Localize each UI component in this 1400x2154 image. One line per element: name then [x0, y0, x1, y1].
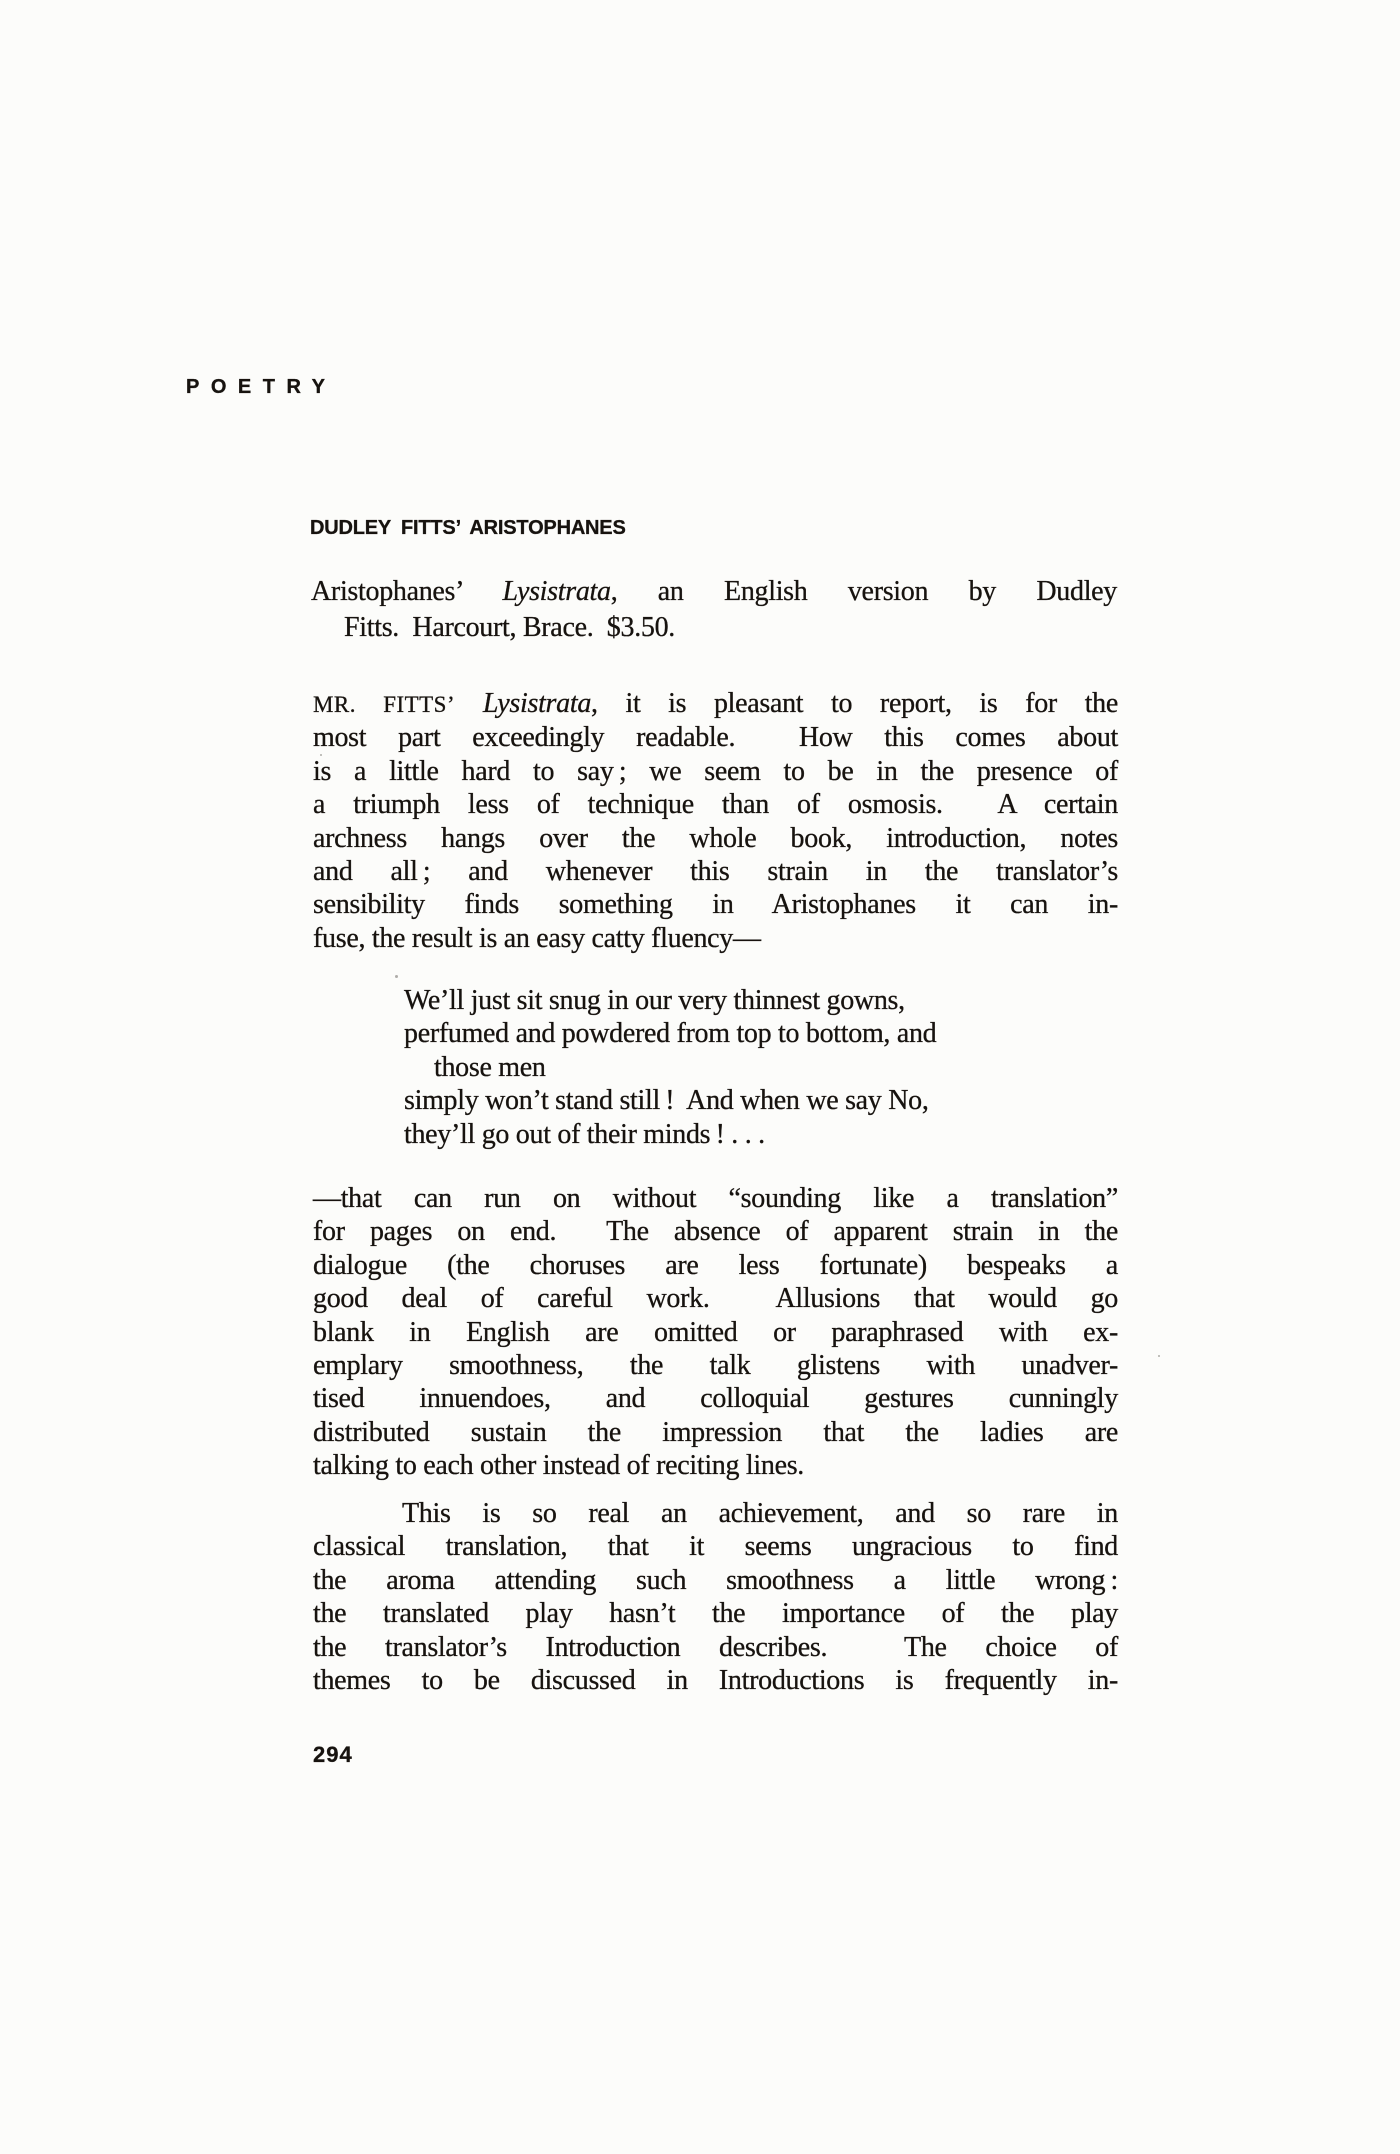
text-segment: a triumph less of technique than of osmo… [313, 789, 1118, 820]
text-segment: good deal of careful work. Allusions tha… [313, 1283, 1118, 1314]
text-line: blank in English are omitted or paraphra… [313, 1316, 1118, 1349]
text-segment: they’ll go out of their minds ! . . . [404, 1119, 765, 1150]
text-line: a triumph less of technique than of osmo… [313, 788, 1118, 821]
text-line: Fitts. Harcourt, Brace. $3.50. [311, 610, 1117, 646]
text-line: sensibility finds something in Aristopha… [313, 888, 1118, 921]
scan-speck [395, 975, 398, 978]
page-number: 294 [313, 1742, 353, 1768]
review-paragraph-3: This is so real an achievement, and so r… [313, 1497, 1118, 1697]
text-segment [455, 688, 483, 719]
running-head: POETRY [186, 376, 337, 399]
text-segment: This is so real an achievement, and so r… [402, 1498, 1118, 1529]
text-line: emplary smoothness, the talk glistens wi… [313, 1349, 1118, 1382]
text-segment: talking to each other instead of recitin… [313, 1450, 804, 1481]
text-segment: blank in English are omitted or paraphra… [313, 1317, 1118, 1348]
italic-text: Lysistrata [503, 576, 611, 607]
text-segment: classical translation, that it seems ung… [313, 1531, 1118, 1562]
scanned-page: POETRY DUDLEY FITTS’ ARISTOPHANES Aristo… [0, 0, 1400, 2154]
text-segment: is a little hard to say ; we seem to be … [313, 756, 1118, 787]
italic-text: Lysistrata [483, 688, 591, 719]
text-line: those men [404, 1051, 1149, 1084]
text-line: tised innuendoes, and colloquial gesture… [313, 1382, 1118, 1415]
text-line: dialogue (the choruses are less fortunat… [313, 1249, 1118, 1282]
review-paragraph-1: MR. FITTS’ Lysistrata, it is pleasant to… [313, 687, 1118, 955]
text-segment: the translated play hasn’t the importanc… [313, 1598, 1118, 1629]
text-segment: We’ll just sit snug in our very thinnest… [404, 985, 905, 1016]
text-line: distributed sustain the impression that … [313, 1416, 1118, 1449]
text-segment: archness hangs over the whole book, intr… [313, 823, 1118, 854]
text-line: the translator’s Introduction describes.… [313, 1631, 1118, 1664]
verse-quotation: We’ll just sit snug in our very thinnest… [404, 984, 1149, 1151]
text-line: is a little hard to say ; we seem to be … [313, 755, 1118, 788]
text-line: This is so real an achievement, and so r… [313, 1497, 1118, 1530]
text-line: perfumed and powdered from top to bottom… [404, 1017, 1149, 1050]
text-line: the aroma attending such smoothness a li… [313, 1564, 1118, 1597]
text-segment: themes to be discussed in Introductions … [313, 1665, 1118, 1696]
text-line: MR. FITTS’ Lysistrata, it is pleasant to… [313, 687, 1118, 721]
text-line: We’ll just sit snug in our very thinnest… [404, 984, 1149, 1017]
text-segment: for pages on end. The absence of apparen… [313, 1216, 1118, 1247]
text-line: Aristophanes’ Lysistrata, an English ver… [311, 574, 1117, 610]
text-segment: Fitts. Harcourt, Brace. $3.50. [344, 612, 675, 643]
text-segment: distributed sustain the impression that … [313, 1417, 1118, 1448]
text-segment: most part exceedingly readable. How this… [313, 722, 1118, 753]
text-segment: —that can run on without “sounding like … [313, 1183, 1118, 1214]
text-line: simply won’t stand still ! And when we s… [404, 1084, 1149, 1117]
text-segment: , an English version by Dudley [611, 576, 1117, 607]
review-paragraph-2: —that can run on without “sounding like … [313, 1182, 1118, 1483]
text-line: they’ll go out of their minds ! . . . [404, 1118, 1149, 1151]
text-line: themes to be discussed in Introductions … [313, 1664, 1118, 1697]
text-segment: Aristophanes’ [311, 576, 503, 607]
scan-speck [1158, 1355, 1160, 1357]
text-segment: simply won’t stand still ! And when we s… [404, 1085, 929, 1116]
book-citation: Aristophanes’ Lysistrata, an English ver… [311, 574, 1117, 646]
text-segment: perfumed and powdered from top to bottom… [404, 1018, 936, 1049]
text-line: —that can run on without “sounding like … [313, 1182, 1118, 1215]
small-caps-text: MR. FITTS’ [313, 692, 455, 717]
text-line: the translated play hasn’t the importanc… [313, 1597, 1118, 1630]
article-heading: DUDLEY FITTS’ ARISTOPHANES [310, 517, 626, 540]
text-line: and all ; and whenever this strain in th… [313, 855, 1118, 888]
text-segment: dialogue (the choruses are less fortunat… [313, 1250, 1118, 1281]
text-segment: those men [434, 1052, 546, 1083]
text-segment: the aroma attending such smoothness a li… [313, 1565, 1118, 1596]
text-line: talking to each other instead of recitin… [313, 1449, 1118, 1482]
text-line: most part exceedingly readable. How this… [313, 721, 1118, 754]
text-segment: , it is pleasant to report, is for the [591, 688, 1118, 719]
text-segment: and all ; and whenever this strain in th… [313, 856, 1118, 887]
text-segment: fuse, the result is an easy catty fluenc… [313, 923, 761, 954]
text-line: fuse, the result is an easy catty fluenc… [313, 922, 1118, 955]
text-line: classical translation, that it seems ung… [313, 1530, 1118, 1563]
text-line: good deal of careful work. Allusions tha… [313, 1282, 1118, 1315]
text-segment: emplary smoothness, the talk glistens wi… [313, 1350, 1118, 1381]
scan-speck [320, 754, 322, 756]
text-line: for pages on end. The absence of apparen… [313, 1215, 1118, 1248]
text-segment: the translator’s Introduction describes.… [313, 1632, 1118, 1663]
text-segment: tised innuendoes, and colloquial gesture… [313, 1383, 1118, 1414]
text-segment: sensibility finds something in Aristopha… [313, 889, 1118, 920]
text-line: archness hangs over the whole book, intr… [313, 822, 1118, 855]
